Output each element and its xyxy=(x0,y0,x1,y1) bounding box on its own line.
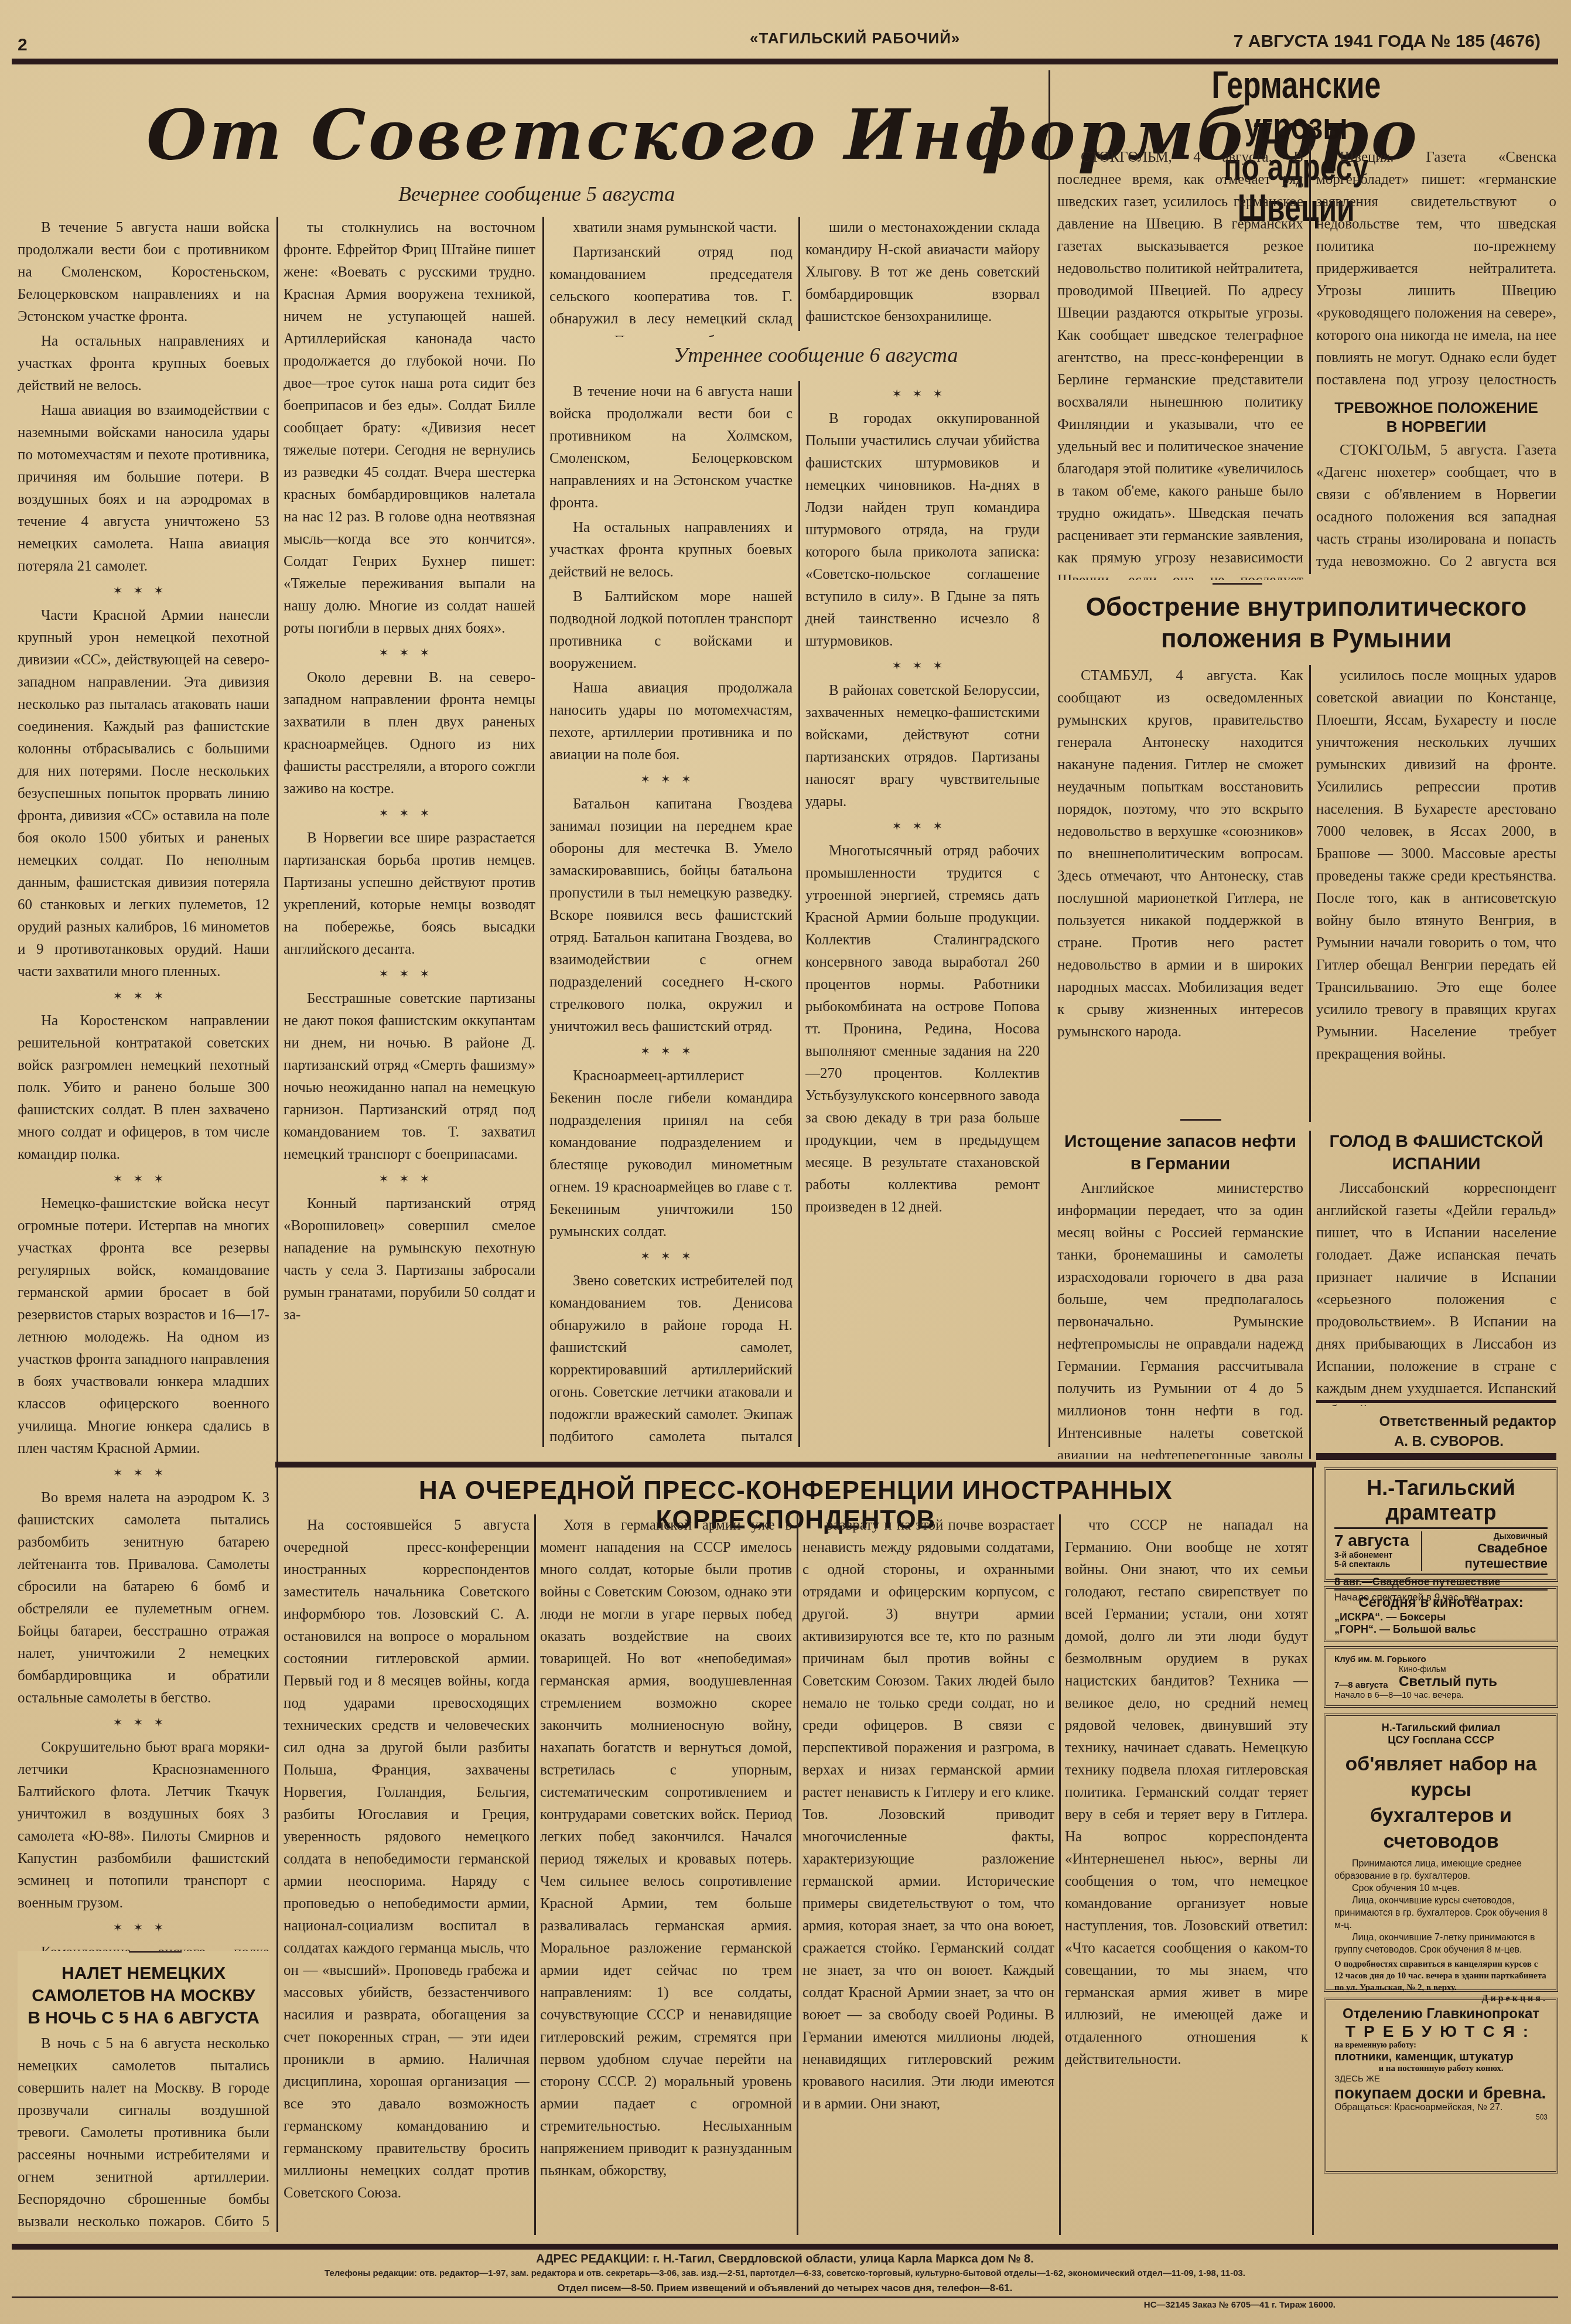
romania-title-line-1: Обострение внутриполитического xyxy=(1057,592,1555,623)
column-divider xyxy=(797,1514,798,2235)
courses-title-line-2: бухгалтеров и счетоводов xyxy=(1334,1803,1548,1854)
masthead: 2 «ТАГИЛЬСКИЙ РАБОЧИЙ» 7 АВГУСТА 1941 ГО… xyxy=(12,23,1558,59)
article-paragraph: Партизанский отряд под командованием пре… xyxy=(549,241,793,337)
moscow-raid-text: В ночь с 5 на 6 августа несколько немецк… xyxy=(18,2033,269,2232)
sovinform-col-2: ты столкнулись на восточном фронте. Ефре… xyxy=(284,217,535,1447)
footer-letters: Отдел писем—8-50. Прием извещений и объя… xyxy=(12,2282,1558,2294)
cinema-film: Большой вальс xyxy=(1393,1623,1476,1635)
separator xyxy=(1316,1400,1556,1403)
moscow-raid-article: НАЛЕТ НЕМЕЦКИХ САМОЛЕТОВ НА МОСКВУ В НОЧ… xyxy=(18,1951,269,2232)
separator xyxy=(1180,1119,1221,1121)
section-stars: ✶✶✶ xyxy=(18,1168,269,1190)
article-paragraph: В городах оккупированной Польши участили… xyxy=(805,408,1040,653)
article-paragraph: ты столкнулись на восточном фронте. Ефре… xyxy=(284,217,535,640)
column-divider xyxy=(1309,146,1311,574)
section-stars: ✶✶✶ xyxy=(549,1040,793,1063)
cinema-listing: „ИСКРА“. — Боксеры „ГОРН“. — Большой вал… xyxy=(1334,1611,1548,1636)
club-dates: 7—8 августа xyxy=(1334,1680,1399,1690)
issue-date: 7 АВГУСТА 1941 ГОДА № 185 (4676) xyxy=(1234,32,1541,52)
courses-ad: Н.-Тагильский филиал ЦСУ Госплана СССР о… xyxy=(1324,1714,1558,1992)
romania-title-line-2: положения в Румынии xyxy=(1057,623,1555,655)
article-paragraph: На остальных направлениях и участках фро… xyxy=(549,517,793,583)
kinoprokat-trades: плотники, каменщик, штукатур xyxy=(1334,2050,1548,2064)
section-stars: ✶✶✶ xyxy=(18,1712,269,1734)
column-divider xyxy=(798,217,800,331)
newspaper-name: «ТАГИЛЬСКИЙ РАБОЧИЙ» xyxy=(750,29,960,47)
courses-contact: О подробностях справиться в канцелярии к… xyxy=(1334,1958,1548,1994)
article-paragraph: Красноармеец-артиллерист Бекенин после г… xyxy=(549,1065,793,1243)
article-paragraph: Батальон капитана Гвоздева занимал позиц… xyxy=(549,793,793,1038)
section-stars: ✶✶✶ xyxy=(284,963,535,985)
editor-name: А. В. СУВОРОВ. xyxy=(1316,1432,1556,1452)
section-stars: ✶✶✶ xyxy=(18,580,269,602)
section-stars: ✶✶✶ xyxy=(18,1917,269,1939)
article-paragraph: Конный партизанский отряд «Ворошиловец» … xyxy=(284,1193,535,1326)
courses-paragraph: Лица, окончившие 7-летку принимаются в г… xyxy=(1334,1931,1548,1956)
article-paragraph: СТОКГОЛЬМ, 4 августа. В последнее время,… xyxy=(1057,146,1303,580)
section-stars: ✶✶✶ xyxy=(549,769,793,791)
article-paragraph: Многотысячный отряд рабочих промышленнос… xyxy=(805,840,1040,1219)
sweden-col-1: СТОКГОЛЬМ, 4 августа. В последнее время,… xyxy=(1057,146,1303,580)
press-paragraph-4: что СССР не нападал на Германию. Они воо… xyxy=(1065,1514,1308,2071)
norway-text: СТОКГОЛЬМ, 5 августа. Газета «Дагенс нюх… xyxy=(1316,439,1556,574)
article-paragraph: Сокрушительно бьют врага моряки-летчики … xyxy=(18,1736,269,1915)
section-stars: ✶✶✶ xyxy=(18,1462,269,1485)
oil-title-line-2: в Германии xyxy=(1057,1153,1303,1175)
norway-title-line-2: В НОРВЕГИИ xyxy=(1316,417,1556,436)
article-paragraph: Во время налета на аэродром К. 3 фашистс… xyxy=(18,1487,269,1709)
sweden-col-2: Швеция. Газета «Свенска моргенбладет» пи… xyxy=(1316,146,1556,393)
moscow-raid-title-line-2: САМОЛЕТОВ НА МОСКВУ xyxy=(18,1985,269,2007)
article-paragraph: Части Красной Армии нанесли крупный урон… xyxy=(18,605,269,983)
romania-col-2: усилилось после мощных ударов советской … xyxy=(1316,665,1556,1122)
kinoprokat-permanent: и на постоянную работу конюх. xyxy=(1334,2064,1548,2074)
section-stars: ✶✶✶ xyxy=(284,803,535,825)
romania-col-1: СТАМБУЛ, 4 августа. Как сообщают из осве… xyxy=(1057,665,1303,1122)
footer-rule-bottom xyxy=(12,2296,1558,2298)
cinema-title: Сегодня в кинотеатрах: xyxy=(1334,1595,1548,1611)
footer-rule xyxy=(12,2244,1558,2250)
theater-author: Дыховичный xyxy=(1422,1531,1548,1541)
article-paragraph: В районах советской Белоруссии, захвачен… xyxy=(805,680,1040,813)
section-stars: ✶✶✶ xyxy=(805,383,1040,405)
section-stars: ✶✶✶ xyxy=(284,642,535,664)
article-paragraph: Наша авиация продолжала наносить удары п… xyxy=(549,677,793,766)
press-col-1: На состоявшейся 5 августа очередной прес… xyxy=(284,1514,530,2235)
sovinform-col-1: В течение 5 августа наши войска продолжа… xyxy=(18,217,269,2238)
article-paragraph: В Балтийском море нашей подводной лодкой… xyxy=(549,586,793,675)
kinoprokat-contact: Обращаться: Красноармейская, № 27. xyxy=(1334,2103,1548,2113)
courses-paragraph: Срок обучения 10 м-цев. xyxy=(1334,1882,1548,1895)
column-divider xyxy=(542,217,544,1447)
moscow-raid-title: НАЛЕТ НЕМЕЦКИХ САМОЛЕТОВ НА МОСКВУ В НОЧ… xyxy=(18,1963,269,2029)
column-divider xyxy=(798,381,800,1447)
norway-paragraph: СТОКГОЛЬМ, 5 августа. Газета «Дагенс нюх… xyxy=(1316,439,1556,574)
club-ad: Клуб им. М. Горького 7—8 августа Кино-фи… xyxy=(1324,1646,1558,1708)
section-stars: ✶✶✶ xyxy=(805,815,1040,838)
oil-text: Английское министерство информации перед… xyxy=(1057,1178,1303,1459)
sovinform-col-4b: ✶✶✶В городах оккупированной Польши участ… xyxy=(805,381,1040,1447)
footer-address: АДРЕС РЕДАКЦИИ: г. Н.-Тагил, Свердловско… xyxy=(12,2253,1558,2266)
sovinform-col-3: хватили знамя румынской части.Партизанск… xyxy=(549,217,793,337)
page-number: 2 xyxy=(18,35,28,55)
article-paragraph: На Коростенском направлении решительной … xyxy=(18,1010,269,1166)
editor-label: Ответственный редактор xyxy=(1316,1412,1556,1432)
section-stars: ✶✶✶ xyxy=(805,655,1040,677)
press-col-3: разврату и на этой почве возрастает нена… xyxy=(802,1514,1054,2235)
spain-title-line-1: ГОЛОД В ФАШИСТСКОЙ xyxy=(1316,1131,1556,1153)
press-col-4: что СССР не нападал на Германию. Они воо… xyxy=(1065,1514,1308,2235)
article-paragraph: Швеция. Газета «Свенска моргенбладет» пи… xyxy=(1316,146,1556,393)
separator xyxy=(129,1951,182,1953)
section-divider xyxy=(1049,70,1050,1447)
sovinform-col-4: шили о местонахождении склада командиру … xyxy=(805,217,1040,337)
separator xyxy=(1213,583,1262,585)
sovinform-col-3b: В течение ночи на 6 августа наши войска … xyxy=(549,381,793,1447)
spain-title: ГОЛОД В ФАШИСТСКОЙ ИСПАНИИ xyxy=(1316,1131,1556,1175)
theater-ad: Н.-Тагильский драмтеатр 7 августа 3-й аб… xyxy=(1324,1468,1558,1582)
article-paragraph: На остальных направлениях и участках фро… xyxy=(18,330,269,397)
newspaper-page: 2 «ТАГИЛЬСКИЙ РАБОЧИЙ» 7 АВГУСТА 1941 ГО… xyxy=(12,23,1558,2308)
section-rule xyxy=(275,1462,1316,1468)
kinoprokat-buy: покупаем доски и бревна. xyxy=(1334,2084,1548,2103)
oil-paragraph: Английское министерство информации перед… xyxy=(1057,1178,1303,1459)
courses-paragraph: Лица, окончившие курсы счетоводов, прини… xyxy=(1334,1895,1548,1931)
courses-title-line-1: об'являет набор на курсы xyxy=(1334,1751,1548,1803)
norway-title: ТРЕВОЖНОЕ ПОЛОЖЕНИЕ В НОРВЕГИИ xyxy=(1316,398,1556,436)
column-divider xyxy=(276,217,278,2232)
cinema-venue: „ИСКРА“. — xyxy=(1334,1611,1396,1623)
section-stars: ✶✶✶ xyxy=(549,1245,793,1268)
spain-paragraph: Лиссабонский корреспондент английской га… xyxy=(1316,1178,1556,1406)
article-paragraph: хватили знамя румынской части. xyxy=(549,217,793,239)
footer-print-info: НС—32145 Заказ № 6705—41 г. Тираж 16000. xyxy=(12,2300,1558,2310)
press-paragraph-1: На состоявшейся 5 августа очередной прес… xyxy=(284,1514,530,2204)
oil-title-line-1: Истощение запасов нефти xyxy=(1057,1131,1303,1153)
moscow-raid-title-line-3: В НОЧЬ С 5 НА 6 АВГУСТА xyxy=(18,2007,269,2029)
kinoprokat-temp: на временную работу: xyxy=(1334,2041,1548,2050)
romania-paragraph-2: усилилось после мощных ударов советской … xyxy=(1316,665,1556,1066)
kinoprokat-title: Отделению Главкинопрокат xyxy=(1334,2006,1548,2022)
column-divider xyxy=(1312,1462,1314,2235)
club-label: Кино-фильм xyxy=(1399,1664,1548,1674)
kinoprokat-code: 503 xyxy=(1334,2113,1548,2121)
morning-heading: Утреннее сообщение 6 августа xyxy=(674,343,958,367)
spain-text: Лиссабонский корреспондент английской га… xyxy=(1316,1178,1556,1406)
kinoprokat-also: ЗДЕСЬ ЖЕ xyxy=(1334,2074,1548,2084)
article-paragraph: Звено советских истребителей под командо… xyxy=(549,1270,793,1447)
footer-phones: Телефоны редакции: отв. редактор—1-97, з… xyxy=(12,2268,1558,2278)
press-col-2: Хотя в германской армии уже в момент нап… xyxy=(540,1514,792,2235)
separator xyxy=(1316,1453,1556,1460)
club-start-time: Начало в 6—8—10 час. вечера. xyxy=(1334,1690,1548,1700)
responsible-editor: Ответственный редактор А. В. СУВОРОВ. xyxy=(1316,1412,1556,1452)
cinema-film: Боксеры xyxy=(1399,1611,1446,1623)
column-divider xyxy=(1309,1131,1311,1459)
article-paragraph: Наша авиация во взаимодействии с наземны… xyxy=(18,400,269,578)
sweden-title-line-1: Германские угрозы xyxy=(1177,64,1415,146)
theater-date: 7 августа xyxy=(1334,1531,1421,1550)
theater-subscription: 3-й абонемент xyxy=(1334,1550,1421,1559)
article-paragraph: В Норвегии все шире разрастается партиза… xyxy=(284,827,535,961)
article-paragraph: Около деревни В. на северо-западном напр… xyxy=(284,667,535,800)
article-paragraph: Бесстрашные советские партизаны не дают … xyxy=(284,988,535,1166)
evening-heading: Вечернее сообщение 5 августа xyxy=(398,182,675,206)
club-film: Светлый путь xyxy=(1399,1674,1548,1690)
oil-title: Истощение запасов нефти в Германии xyxy=(1057,1131,1303,1175)
norway-title-line-1: ТРЕВОЖНОЕ ПОЛОЖЕНИЕ xyxy=(1316,398,1556,417)
romania-title: Обострение внутриполитического положения… xyxy=(1057,592,1555,655)
article-paragraph: шили о местонахождении склада командиру … xyxy=(805,217,1040,328)
section-stars: ✶✶✶ xyxy=(284,1168,535,1190)
kinoprokat-ad: Отделению Главкинопрокат ТРЕБУЮТСЯ: на в… xyxy=(1324,1998,1558,2173)
spain-title-line-2: ИСПАНИИ xyxy=(1316,1153,1556,1175)
column-divider xyxy=(534,1514,536,2235)
cinema-venue: „ГОРН“. — xyxy=(1334,1623,1390,1635)
moscow-raid-title-line-1: НАЛЕТ НЕМЕЦКИХ xyxy=(18,1963,269,1985)
courses-org-line-2: ЦСУ Госплана СССР xyxy=(1334,1734,1548,1746)
theater-play: Свадебное путешествие xyxy=(1422,1541,1548,1571)
article-paragraph: В течение 5 августа наши войска продолжа… xyxy=(18,217,269,328)
article-paragraph: Немецко-фашистские войска несут огромные… xyxy=(18,1193,269,1460)
press-paragraph-3: разврату и на этой почве возрастает нена… xyxy=(802,1514,1054,2115)
section-stars: ✶✶✶ xyxy=(18,985,269,1008)
press-paragraph-2: Хотя в германской армии уже в момент нап… xyxy=(540,1514,792,2182)
romania-paragraph-1: СТАМБУЛ, 4 августа. Как сообщают из осве… xyxy=(1057,665,1303,1043)
cinema-ad: Сегодня в кинотеатрах: „ИСКРА“. — Боксер… xyxy=(1324,1586,1558,1642)
kinoprokat-required: ТРЕБУЮТСЯ: xyxy=(1334,2022,1548,2041)
courses-paragraph: Принимаются лица, имеющие среднее образо… xyxy=(1334,1858,1548,1882)
club-name: Клуб им. М. Горького xyxy=(1334,1654,1548,1664)
theater-title: Н.-Тагильский драмтеатр xyxy=(1334,1476,1548,1529)
article-paragraph: В течение ночи на 6 августа наши войска … xyxy=(549,381,793,514)
theater-performance-number: 5-й спектакль xyxy=(1334,1559,1421,1569)
column-divider xyxy=(1059,1514,1061,2235)
moscow-raid-paragraph: В ночь с 5 на 6 августа несколько немецк… xyxy=(18,2033,269,2232)
column-divider xyxy=(1309,665,1311,1122)
courses-org-line-1: Н.-Тагильский филиал xyxy=(1334,1722,1548,1734)
